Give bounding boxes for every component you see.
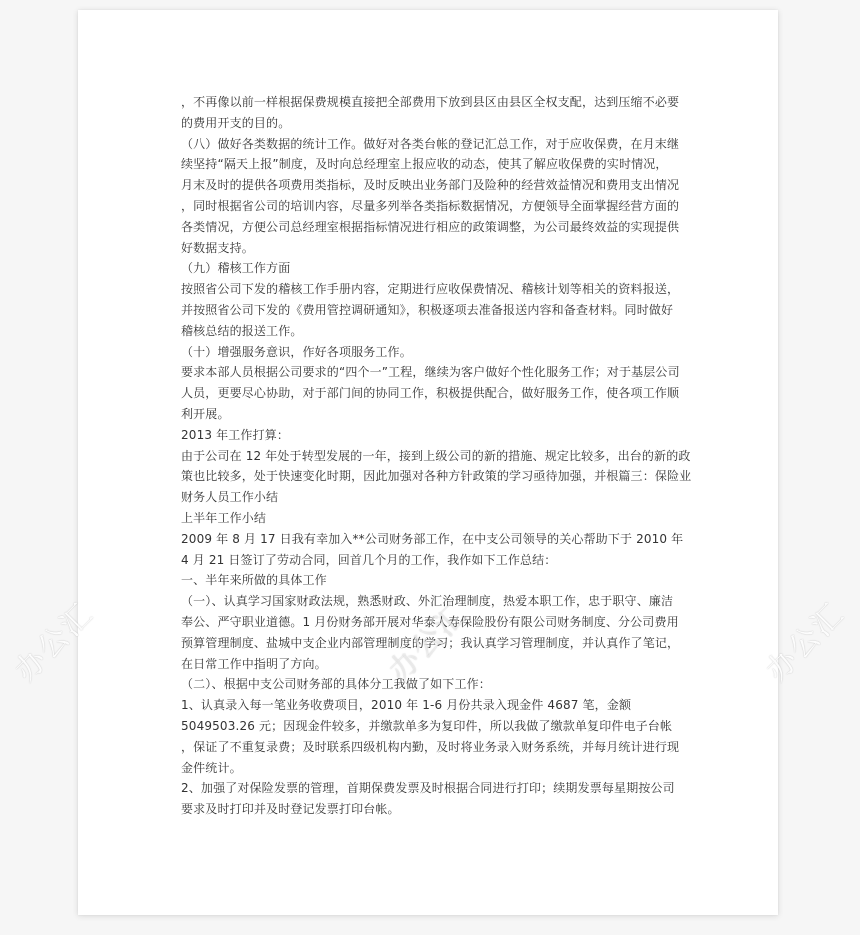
text-line: 各类情况，方便公司总经理室根据指标情况进行相应的政策调整，为公司最终效益的实现提…	[181, 217, 681, 238]
text-line: 要求及时打印并及时登记发票打印台帐。	[181, 799, 681, 820]
text-line: （一）、认真学习国家财政法规，熟悉财政、外汇治理制度，热爱本职工作，忠于职守、廉…	[181, 591, 681, 612]
section-heading-10: （十）增强服务意识，作好各项服务工作。	[181, 342, 681, 363]
text-line: 要求本部人员根据公司要求的“四个一”工程，继续为客户做好个性化服务工作；对于基层…	[181, 362, 681, 383]
text-line: 人员，更要尽心协助，对于部门间的协同工作，积极提供配合，做好服务工作，使各项工作…	[181, 383, 681, 404]
text-line: 2、加强了对保险发票的管理，首期保费发票及时根据合同进行打印；续期发票每星期按公…	[181, 778, 681, 799]
text-line: 财务人员工作小结	[181, 487, 681, 508]
text-line: ，同时根据省公司的培训内容，尽量多列举各类指标数据情况，方便领导全面掌握经营方面…	[181, 196, 681, 217]
text-line: 由于公司在 12 年处于转型发展的一年，接到上级公司的新的措施、规定比较多，出台…	[181, 446, 681, 467]
text-line: （二）、根据中支公司财务部的具体分工我做了如下工作：	[181, 674, 681, 695]
document-body: ，不再像以前一样根据保费规模直接把全部费用下放到县区由县区全权支配，达到压缩不必…	[181, 92, 681, 820]
section-heading-half-year: 上半年工作小结	[181, 508, 681, 529]
document-page: ，不再像以前一样根据保费规模直接把全部费用下放到县区由县区全权支配，达到压缩不必…	[78, 10, 778, 915]
text-line: 策也比较多，处于快速变化时期，因此加强对各种方针政策的学习亟待加强，并根篇三：保…	[181, 466, 681, 487]
text-line: 并按照省公司下发的《费用管控调研通知》，积极逐项去准备报送内容和备查材料。同时做…	[181, 300, 681, 321]
text-line: 的费用开支的目的。	[181, 113, 681, 134]
text-line: 4 月 21 日签订了劳动合同，回首几个月的工作，我作如下工作总结：	[181, 550, 681, 571]
text-line: 奉公、严守职业道德。1 月份财务部开展对华泰人寿保险股份有限公司财务制度、分公司…	[181, 612, 681, 633]
text-line: ，保证了不重复录费；及时联系四级机构内勤，及时将业务录入财务系统，并每月统计进行…	[181, 737, 681, 758]
text-line: 月末及时的提供各项费用类指标，及时反映出业务部门及险种的经营效益情况和费用支出情…	[181, 175, 681, 196]
text-line: 好数据支持。	[181, 238, 681, 259]
text-line: 预算管理制度、盐城中支企业内部管理制度的学习；我认真学习管理制度，并认真作了笔记…	[181, 633, 681, 654]
section-heading-1: 一、半年来所做的具体工作	[181, 570, 681, 591]
text-line: 利开展。	[181, 404, 681, 425]
section-heading-2013-plan: 2013 年工作打算：	[181, 425, 681, 446]
section-heading-8: （八）做好各类数据的统计工作。做好对各类台帐的登记汇总工作，对于应收保费，在月末…	[181, 134, 681, 155]
text-line: 5049503.26 元；因现金件较多，并缴款单多为复印件，所以我做了缴款单复印…	[181, 716, 681, 737]
text-line: 续坚持“隔天上报”制度，及时向总经理室上报应收的动态，使其了解应收保费的实时情况…	[181, 154, 681, 175]
text-line: 按照省公司下发的稽核工作手册内容，定期进行应收保费情况、稽核计划等相关的资料报送…	[181, 279, 681, 300]
section-heading-9: （九）稽核工作方面	[181, 258, 681, 279]
text-line: 1、认真录入每一笔业务收费项目，2010 年 1-6 月份共录入现金件 4687…	[181, 695, 681, 716]
text-line: ，不再像以前一样根据保费规模直接把全部费用下放到县区由县区全权支配，达到压缩不必…	[181, 92, 681, 113]
text-line: 稽核总结的报送工作。	[181, 321, 681, 342]
text-line: 2009 年 8 月 17 日我有幸加入**公司财务部工作，在中支公司领导的关心…	[181, 529, 681, 550]
text-line: 金件统计。	[181, 758, 681, 779]
text-line: 在日常工作中指明了方向。	[181, 654, 681, 675]
